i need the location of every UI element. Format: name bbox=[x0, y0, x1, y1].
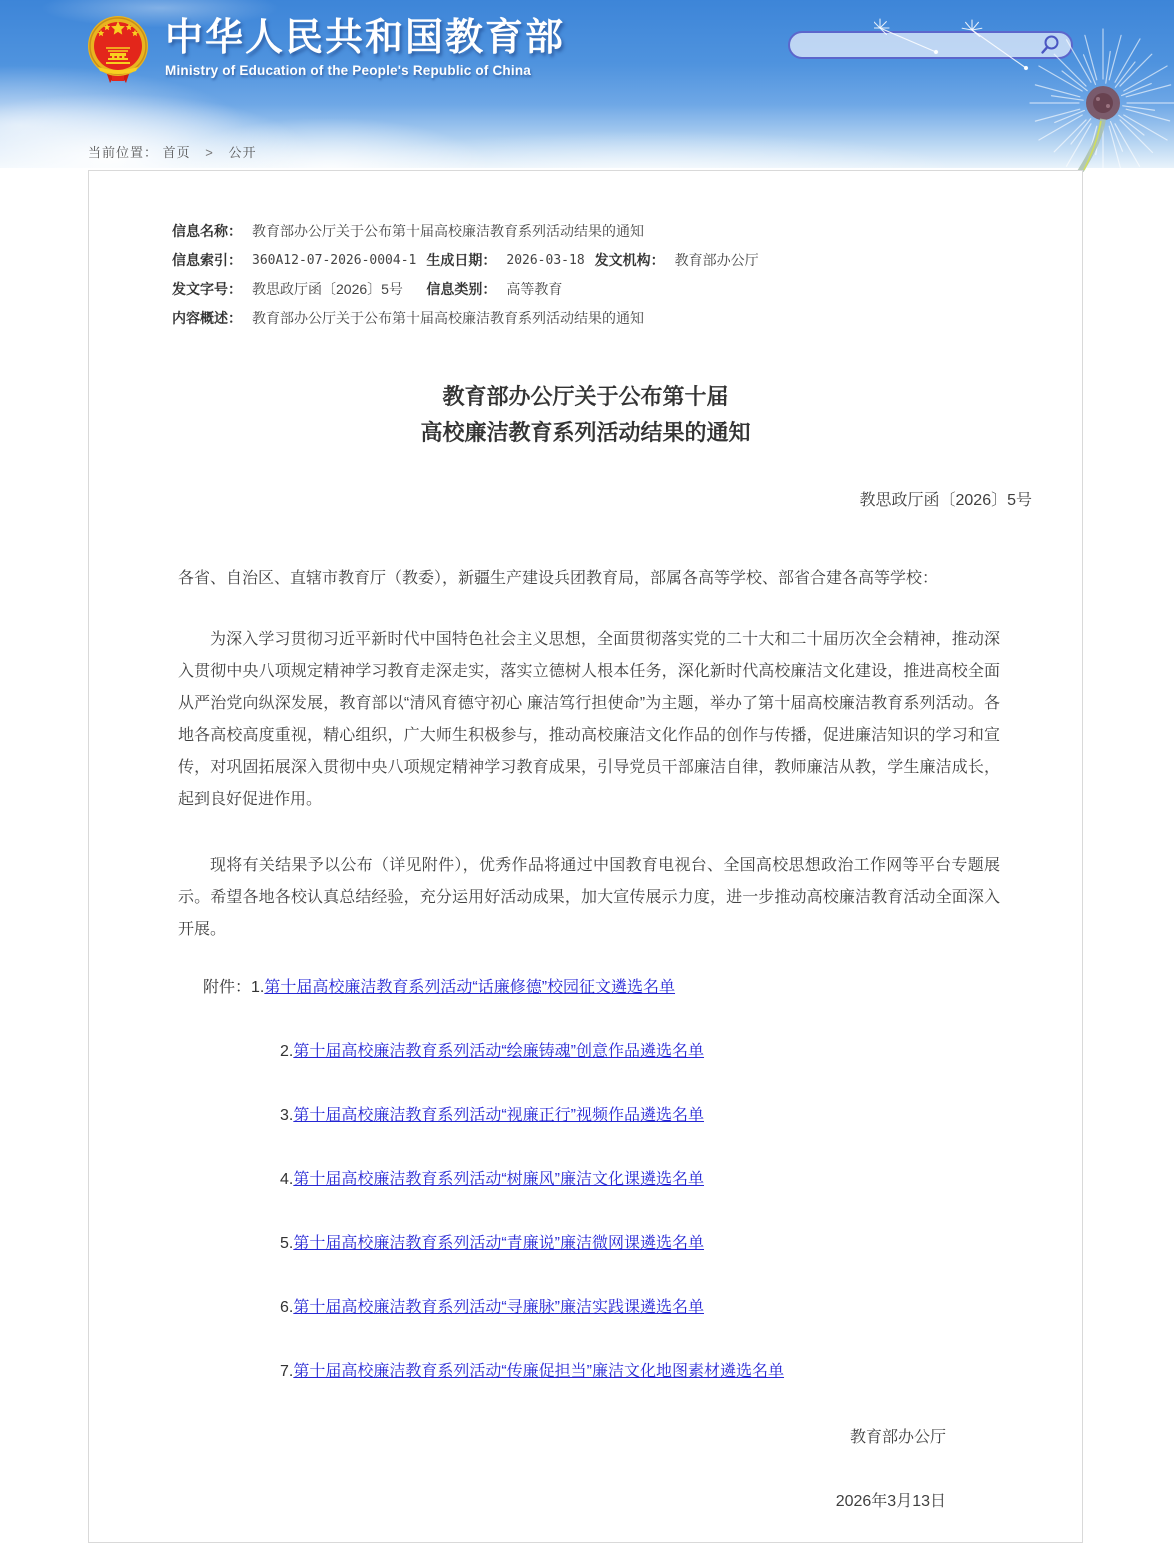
meta-label-name: 信息名称： bbox=[172, 217, 252, 246]
content-card: 信息名称： 教育部办公厅关于公布第十届高校廉洁教育系列活动结果的通知 信息索引：… bbox=[88, 170, 1083, 1543]
attachment-link-5[interactable]: 第十届高校廉洁教育系列活动“青廉说”廉洁微网课遴选名单 bbox=[293, 1235, 704, 1252]
attachment-link-7[interactable]: 第十届高校廉洁教育系列活动“传廉促担当”廉洁文化地图素材遴选名单 bbox=[293, 1363, 784, 1380]
meta-label-category: 信息类别： bbox=[426, 275, 506, 304]
search-box[interactable] bbox=[788, 31, 1073, 59]
attachment-link-4[interactable]: 第十届高校廉洁教育系列活动“树廉风”廉洁文化课遴选名单 bbox=[293, 1171, 704, 1188]
paragraph-2: 现将有关结果予以公布（详见附件），优秀作品将通过中国教育电视台、全国高校思想政治… bbox=[178, 850, 1000, 946]
site-titles: 中华人民共和国教育部 Ministry of Education of the … bbox=[165, 16, 565, 78]
attachment-item: 4.第十届高校廉洁教育系列活动“树廉风”廉洁文化课遴选名单 bbox=[203, 1164, 1042, 1196]
search-icon bbox=[1039, 34, 1061, 56]
meta-value-summary: 教育部办公厅关于公布第十届高校廉洁教育系列活动结果的通知 bbox=[252, 304, 769, 333]
meta-row-name: 信息名称： 教育部办公厅关于公布第十届高校廉洁教育系列活动结果的通知 bbox=[172, 217, 769, 246]
meta-value-index: 360A12-07-2026-0004-1 bbox=[252, 246, 426, 275]
attachment-number: 1. bbox=[251, 979, 264, 996]
meta-label-gen-date: 生成日期： bbox=[426, 246, 506, 275]
meta-value-docno: 教思政厅函〔2026〕5号 bbox=[252, 275, 426, 304]
meta-label-index: 信息索引： bbox=[172, 246, 252, 275]
signature: 教育部办公厅 bbox=[89, 1422, 946, 1454]
site-title: 中华人民共和国教育部 bbox=[165, 16, 565, 60]
attachments-list: 附件：1.第十届高校廉洁教育系列活动“话廉修德”校园征文遴选名单 2.第十届高校… bbox=[203, 972, 1042, 1388]
search-button[interactable] bbox=[1037, 33, 1063, 57]
attachment-item: 附件：1.第十届高校廉洁教育系列活动“话廉修德”校园征文遴选名单 bbox=[203, 972, 1042, 1004]
document-number: 教思政厅函〔2026〕5号 bbox=[89, 487, 1032, 510]
attachment-link-6[interactable]: 第十届高校廉洁教育系列活动“寻廉脉”廉洁实践课遴选名单 bbox=[293, 1299, 704, 1316]
site-header: 中华人民共和国教育部 Ministry of Education of the … bbox=[0, 0, 1174, 168]
document-title: 教育部办公厅关于公布第十届 高校廉洁教育系列活动结果的通知 bbox=[89, 379, 1082, 451]
attachments-label: 附件： bbox=[203, 979, 251, 996]
meta-value-category: 高等教育 bbox=[506, 275, 594, 304]
attachment-number: 6. bbox=[280, 1299, 293, 1316]
attachment-number: 5. bbox=[280, 1235, 293, 1252]
breadcrumb: 当前位置： 首页 > 公开 bbox=[88, 142, 257, 161]
salutation: 各省、自治区、直辖市教育厅（教委），新疆生产建设兵团教育局，部属各高等学校、部省… bbox=[178, 564, 1000, 594]
attachment-item: 2.第十届高校廉洁教育系列活动“绘廉铸魂”创意作品遴选名单 bbox=[203, 1036, 1042, 1068]
attachment-number: 4. bbox=[280, 1171, 293, 1188]
attachment-item: 5.第十届高校廉洁教育系列活动“青廉说”廉洁微网课遴选名单 bbox=[203, 1228, 1042, 1260]
breadcrumb-home-link[interactable]: 首页 bbox=[163, 145, 191, 160]
attachment-link-2[interactable]: 第十届高校廉洁教育系列活动“绘廉铸魂”创意作品遴选名单 bbox=[293, 1043, 704, 1060]
breadcrumb-separator: > bbox=[205, 145, 214, 160]
search-input[interactable] bbox=[804, 34, 1037, 56]
meta-value-gen-date: 2026-03-18 bbox=[506, 246, 594, 275]
meta-value-issuer: 教育部办公厅 bbox=[675, 246, 769, 275]
attachment-link-3[interactable]: 第十届高校廉洁教育系列活动“视廉正行”视频作品遴选名单 bbox=[293, 1107, 704, 1124]
document-title-line1: 教育部办公厅关于公布第十届 bbox=[89, 379, 1082, 415]
document-title-line2: 高校廉洁教育系列活动结果的通知 bbox=[89, 415, 1082, 451]
attachment-item: 3.第十届高校廉洁教育系列活动“视廉正行”视频作品遴选名单 bbox=[203, 1100, 1042, 1132]
paragraph-1: 为深入学习贯彻习近平新时代中国特色社会主义思想，全面贯彻落实党的二十大和二十届历… bbox=[178, 624, 1000, 816]
dandelion-decoration-icon bbox=[874, 0, 1174, 172]
meta-value-name: 教育部办公厅关于公布第十届高校廉洁教育系列活动结果的通知 bbox=[252, 217, 769, 246]
meta-row-summary: 内容概述： 教育部办公厅关于公布第十届高校廉洁教育系列活动结果的通知 bbox=[172, 304, 769, 333]
breadcrumb-current-link[interactable]: 公开 bbox=[229, 145, 257, 160]
site-subtitle: Ministry of Education of the People's Re… bbox=[165, 63, 565, 78]
attachment-number: 3. bbox=[280, 1107, 293, 1124]
meta-label-summary: 内容概述： bbox=[172, 304, 252, 333]
attachment-number: 2. bbox=[280, 1043, 293, 1060]
meta-row-docno: 发文字号： 教思政厅函〔2026〕5号 信息类别： 高等教育 bbox=[172, 275, 769, 304]
meta-label-issuer: 发文机构： bbox=[595, 246, 675, 275]
attachment-item: 6.第十届高校廉洁教育系列活动“寻廉脉”廉洁实践课遴选名单 bbox=[203, 1292, 1042, 1324]
meta-label-docno: 发文字号： bbox=[172, 275, 252, 304]
attachment-item: 7.第十届高校廉洁教育系列活动“传廉促担当”廉洁文化地图素材遴选名单 bbox=[203, 1356, 1042, 1388]
meta-table: 信息名称： 教育部办公厅关于公布第十届高校廉洁教育系列活动结果的通知 信息索引：… bbox=[172, 217, 769, 333]
national-emblem-icon bbox=[86, 15, 150, 85]
signature-date: 2026年3月13日 bbox=[89, 1486, 946, 1518]
attachment-number: 7. bbox=[280, 1363, 293, 1380]
attachment-link-1[interactable]: 第十届高校廉洁教育系列活动“话廉修德”校园征文遴选名单 bbox=[264, 979, 675, 996]
breadcrumb-label: 当前位置： bbox=[88, 145, 158, 160]
meta-row-index: 信息索引： 360A12-07-2026-0004-1 生成日期： 2026-0… bbox=[172, 246, 769, 275]
